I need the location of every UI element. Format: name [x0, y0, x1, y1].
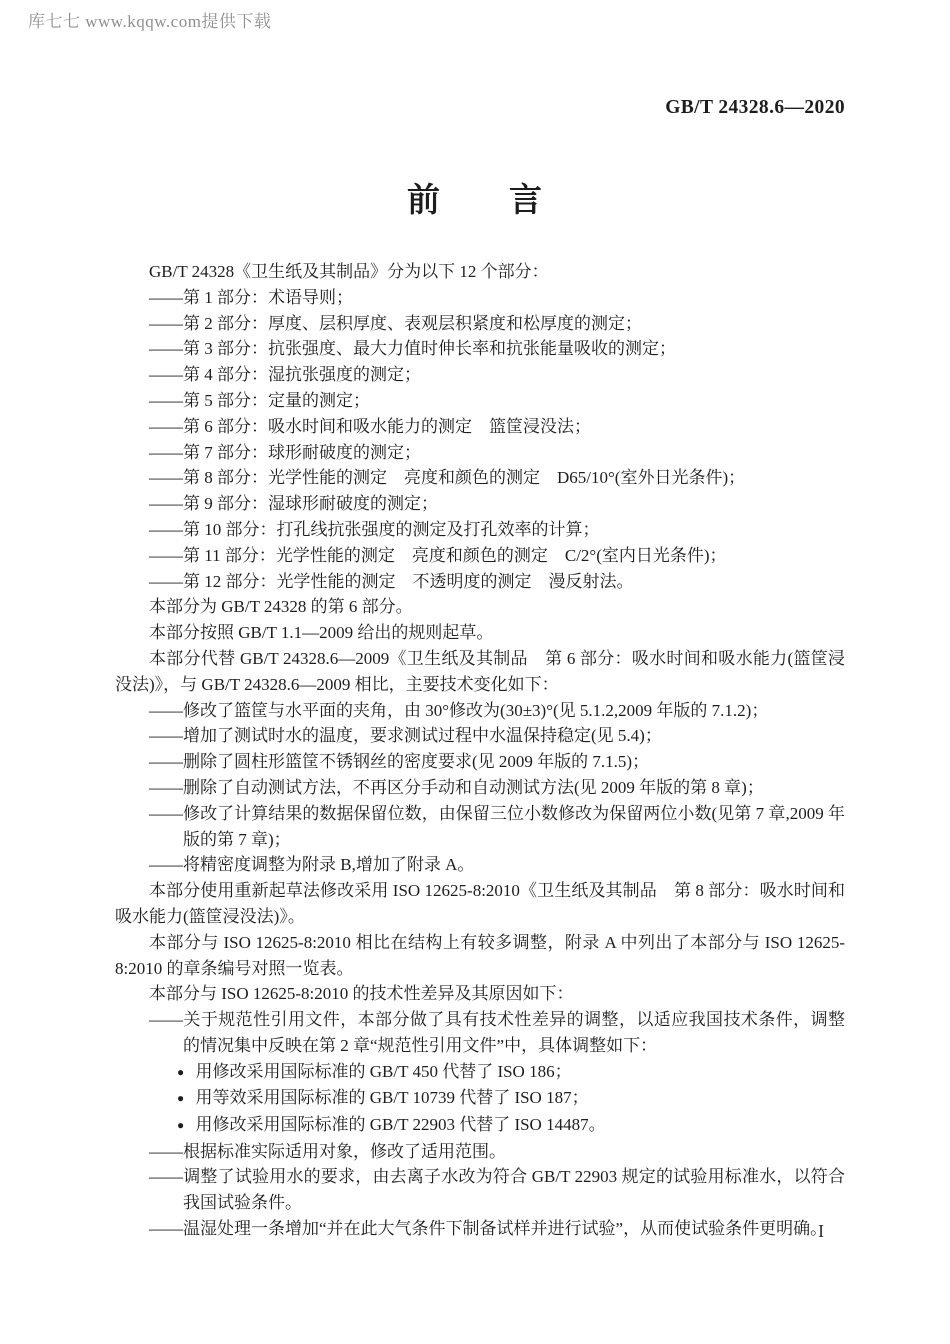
text-block-para: 本部分与 ISO 12625-8:2010 的技术性差异及其原因如下：: [115, 981, 845, 1007]
block-text: 用等效采用国际标准的 GB/T 10739 代替了 ISO 187；: [196, 1088, 589, 1107]
dash-marker: ——: [149, 339, 183, 358]
page-number: I: [818, 1221, 824, 1242]
dash-marker: ——: [149, 1010, 183, 1029]
text-block-dash: ——删除了圆柱形篮筐不锈钢丝的密度要求(见 2009 年版的 7.1.5)；: [115, 749, 845, 775]
block-text: 将精密度调整为附录 B,增加了附录 A。: [183, 855, 474, 874]
dash-marker: ——: [149, 417, 183, 436]
dash-marker: ——: [149, 314, 183, 333]
dash-marker: ——: [149, 855, 183, 874]
block-text: 温湿处理一条增加“并在此大气条件下制备试样并进行试验”，从而使试验条件更明确。: [183, 1219, 827, 1238]
text-block-para: GB/T 24328《卫生纸及其制品》分为以下 12 个部分：: [115, 259, 845, 285]
block-text: 本部分为 GB/T 24328 的第 6 部分。: [149, 597, 413, 616]
dash-marker: ——: [149, 701, 183, 720]
text-block-dash: ——第 4 部分：湿抗张强度的测定；: [115, 362, 845, 388]
dash-marker: ——: [149, 365, 183, 384]
dash-marker: ——: [149, 520, 183, 539]
text-block-dash: ——第 7 部分：球形耐破度的测定；: [115, 440, 845, 466]
block-text: 第 4 部分：湿抗张强度的测定；: [183, 365, 421, 384]
watermark-text: 库七七 www.kqqw.com提供下载: [28, 7, 271, 32]
block-text: 删除了自动测试方法，不再区分手动和自动测试方法(见 2009 年版的第 8 章)…: [183, 778, 764, 797]
block-text: 调整了试验用水的要求，由去离子水改为符合 GB/T 22903 规定的试验用标准…: [183, 1167, 845, 1212]
text-block-bullet: ●用等效采用国际标准的 GB/T 10739 代替了 ISO 187；: [115, 1085, 845, 1112]
dash-marker: ——: [149, 752, 183, 771]
block-text: 本部分按照 GB/T 1.1—2009 给出的规则起草。: [149, 623, 493, 642]
text-block-dash: ——调整了试验用水的要求，由去离子水改为符合 GB/T 22903 规定的试验用…: [115, 1164, 845, 1216]
text-block-para: 本部分与 ISO 12625-8:2010 相比在结构上有较多调整，附录 A 中…: [115, 930, 845, 982]
dash-marker: ——: [149, 494, 183, 513]
text-block-bullet: ●用修改采用国际标准的 GB/T 22903 代替了 ISO 14487。: [115, 1112, 845, 1139]
block-text: 根据标准实际适用对象，修改了适用范围。: [183, 1142, 506, 1161]
dash-marker: ——: [149, 288, 183, 307]
text-block-dash: ——温湿处理一条增加“并在此大气条件下制备试样并进行试验”，从而使试验条件更明确…: [115, 1216, 845, 1242]
text-block-bullet: ●用修改采用国际标准的 GB/T 450 代替了 ISO 186；: [115, 1059, 845, 1086]
text-block-dash: ——第 1 部分：术语导则；: [115, 285, 845, 311]
dash-marker: ——: [149, 1167, 183, 1186]
block-text: 第 10 部分：打孔线抗张强度的测定及打孔效率的计算；: [183, 520, 600, 539]
dash-marker: ——: [149, 391, 183, 410]
block-text: 关于规范性引用文件，本部分做了具有技术性差异的调整，以适应我国技术条件，调整的情…: [183, 1010, 845, 1055]
dash-marker: ——: [149, 572, 183, 591]
text-block-dash: ——修改了篮筐与水平面的夹角，由 30°修改为(30±3)°(见 5.1.2,2…: [115, 698, 845, 724]
block-text: GB/T 24328《卫生纸及其制品》分为以下 12 个部分：: [149, 262, 549, 281]
block-text: 第 6 部分：吸水时间和吸水能力的测定 篮筐浸没法；: [183, 417, 591, 436]
text-block-dash: ——第 3 部分：抗张强度、最大力值时伸长率和抗张能量吸收的测定；: [115, 336, 845, 362]
block-text: 删除了圆柱形篮筐不锈钢丝的密度要求(见 2009 年版的 7.1.5)；: [183, 752, 649, 771]
text-block-dash: ——第 11 部分：光学性能的测定 亮度和颜色的测定 C/2°(室内日光条件)；: [115, 543, 845, 569]
block-text: 第 5 部分：定量的测定；: [183, 391, 370, 410]
standard-number: GB/T 24328.6—2020: [665, 97, 845, 119]
text-block-para: 本部分按照 GB/T 1.1—2009 给出的规则起草。: [115, 620, 845, 646]
text-block-dash: ——增加了测试时水的温度，要求测试过程中水温保持稳定(见 5.4)；: [115, 723, 845, 749]
text-block-dash: ——修改了计算结果的数据保留位数，由保留三位小数修改为保留两位小数(见第 7 章…: [115, 801, 845, 853]
document-page: 库七七 www.kqqw.com提供下载 GB/T 24328.6—2020 前…: [0, 0, 950, 1344]
text-block-para: 本部分代替 GB/T 24328.6—2009《卫生纸及其制品 第 6 部分：吸…: [115, 646, 845, 698]
block-text: 本部分与 ISO 12625-8:2010 相比在结构上有较多调整，附录 A 中…: [115, 933, 845, 978]
bullet-marker: ●: [177, 1065, 184, 1079]
text-block-dash: ——第 5 部分：定量的测定；: [115, 388, 845, 414]
block-text: 第 12 部分：光学性能的测定 不透明度的测定 漫反射法。: [183, 572, 634, 591]
block-text: 用修改采用国际标准的 GB/T 450 代替了 ISO 186；: [196, 1062, 572, 1081]
block-text: 用修改采用国际标准的 GB/T 22903 代替了 ISO 14487。: [196, 1115, 606, 1134]
text-block-dash: ——第 10 部分：打孔线抗张强度的测定及打孔效率的计算；: [115, 517, 845, 543]
dash-marker: ——: [149, 1142, 183, 1161]
dash-marker: ——: [149, 1219, 183, 1238]
dash-marker: ——: [149, 726, 183, 745]
text-block-dash: ——关于规范性引用文件，本部分做了具有技术性差异的调整，以适应我国技术条件，调整…: [115, 1007, 845, 1059]
bullet-marker: ●: [177, 1091, 184, 1105]
text-block-dash: ——根据标准实际适用对象，修改了适用范围。: [115, 1139, 845, 1165]
text-block-para: 本部分为 GB/T 24328 的第 6 部分。: [115, 594, 845, 620]
block-text: 修改了计算结果的数据保留位数，由保留三位小数修改为保留两位小数(见第 7 章,2…: [183, 804, 845, 849]
block-text: 本部分使用重新起草法修改采用 ISO 12625-8:2010《卫生纸及其制品 …: [115, 881, 845, 926]
text-block-dash: ——第 12 部分：光学性能的测定 不透明度的测定 漫反射法。: [115, 569, 845, 595]
text-block-dash: ——第 9 部分：湿球形耐破度的测定；: [115, 491, 845, 517]
dash-marker: ——: [149, 804, 183, 823]
block-text: 第 9 部分：湿球形耐破度的测定；: [183, 494, 438, 513]
dash-marker: ——: [149, 443, 183, 462]
dash-marker: ——: [149, 546, 183, 565]
text-block-dash: ——删除了自动测试方法，不再区分手动和自动测试方法(见 2009 年版的第 8 …: [115, 775, 845, 801]
text-block-dash: ——第 8 部分：光学性能的测定 亮度和颜色的测定 D65/10°(室外日光条件…: [115, 465, 845, 491]
block-text: 第 7 部分：球形耐破度的测定；: [183, 443, 421, 462]
page-title: 前 言: [0, 174, 950, 221]
block-text: 第 2 部分：厚度、层积厚度、表观层积紧度和松厚度的测定；: [183, 314, 642, 333]
text-block-para: 本部分使用重新起草法修改采用 ISO 12625-8:2010《卫生纸及其制品 …: [115, 878, 845, 930]
bullet-marker: ●: [177, 1118, 184, 1132]
block-text: 修改了篮筐与水平面的夹角，由 30°修改为(30±3)°(见 5.1.2,200…: [183, 701, 768, 720]
block-text: 第 8 部分：光学性能的测定 亮度和颜色的测定 D65/10°(室外日光条件)；: [183, 468, 745, 487]
text-block-dash: ——第 6 部分：吸水时间和吸水能力的测定 篮筐浸没法；: [115, 414, 845, 440]
dash-marker: ——: [149, 778, 183, 797]
block-text: 第 11 部分：光学性能的测定 亮度和颜色的测定 C/2°(室内日光条件)；: [183, 546, 727, 565]
text-block-dash: ——第 2 部分：厚度、层积厚度、表观层积紧度和松厚度的测定；: [115, 311, 845, 337]
block-text: 第 1 部分：术语导则；: [183, 288, 353, 307]
document-body: GB/T 24328《卫生纸及其制品》分为以下 12 个部分：——第 1 部分：…: [115, 259, 845, 1242]
text-block-dash: ——将精密度调整为附录 B,增加了附录 A。: [115, 852, 845, 878]
dash-marker: ——: [149, 468, 183, 487]
block-text: 本部分代替 GB/T 24328.6—2009《卫生纸及其制品 第 6 部分：吸…: [115, 649, 845, 694]
block-text: 增加了测试时水的温度，要求测试过程中水温保持稳定(见 5.4)；: [183, 726, 662, 745]
block-text: 本部分与 ISO 12625-8:2010 的技术性差异及其原因如下：: [149, 984, 574, 1003]
block-text: 第 3 部分：抗张强度、最大力值时伸长率和抗张能量吸收的测定；: [183, 339, 676, 358]
